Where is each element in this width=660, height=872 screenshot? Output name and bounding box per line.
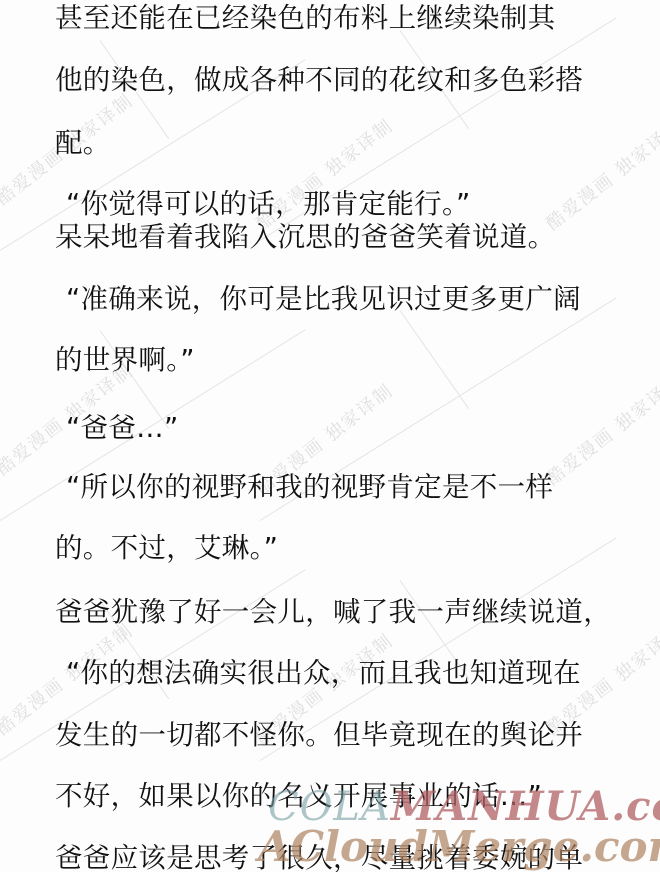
text-line: “你觉得可以的话，那肯定能行。” bbox=[66, 188, 471, 220]
text-line: 他的染色，做成各种不同的花纹和多色彩搭 bbox=[55, 64, 583, 96]
text-line: 配。 bbox=[55, 127, 111, 159]
text-line: 发生的一切都不怪你。但毕竟现在的舆论并 bbox=[55, 719, 583, 751]
text-line: 爸爸犹豫了好一会儿，喊了我一声继续说道， bbox=[55, 596, 611, 628]
text-line: 的世界啊。” bbox=[55, 344, 195, 376]
text-line: 呆呆地看着我陷入沉思的爸爸笑着说道。 bbox=[55, 221, 555, 253]
text-line: “你的想法确实很出众，而且我也知道现在 bbox=[66, 657, 581, 689]
text-line: 的。不过，艾琳。” bbox=[55, 532, 278, 564]
novel-page: 酷爱漫画 独家译制 酷爱漫画 独家译制 酷爱漫画 独家译制 酷爱漫画 独家译制 … bbox=[0, 0, 660, 872]
novel-text: 甚至还能在已经染色的布料上继续染制其 他的染色，做成各种不同的花纹和多色彩搭 配… bbox=[0, 0, 660, 872]
text-line: 甚至还能在已经染色的布料上继续染制其 bbox=[55, 2, 555, 34]
text-line: “准确来说，你可是比我见识过更多更广阔 bbox=[66, 283, 581, 315]
text-line: “所以你的视野和我的视野肯定是不一样 bbox=[66, 471, 553, 503]
text-line: 爸爸应该是思考了很久，尽量挑着委婉的单 bbox=[55, 842, 583, 872]
text-line: 不好，如果以你的名义开展事业的话…” bbox=[55, 780, 542, 812]
text-line: “爸爸…” bbox=[66, 412, 179, 444]
